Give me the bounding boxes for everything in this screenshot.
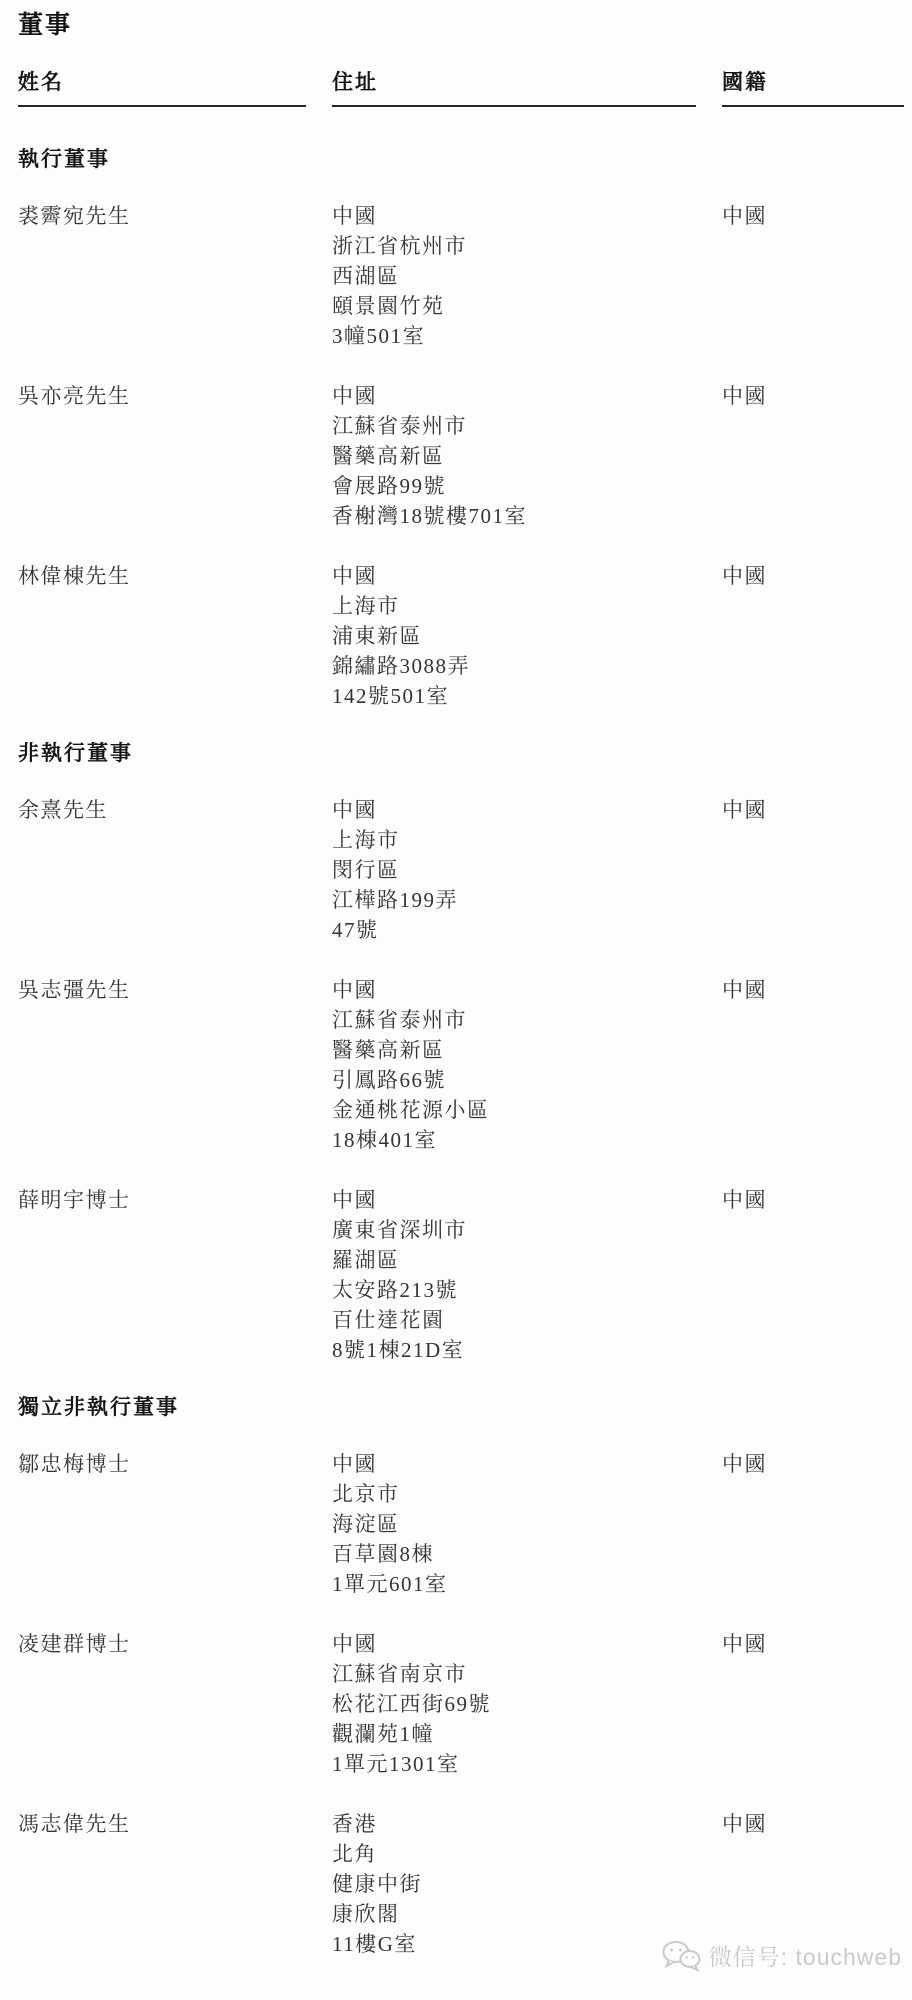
director-address: 中國 上海市 浦東新區 錦繡路3088弄 142號501室 [332, 561, 722, 711]
director-name: 裘霽宛先生 [18, 201, 332, 351]
director-name: 余熹先生 [18, 795, 332, 945]
column-header-name: 姓名 [18, 66, 306, 107]
director-address: 中國 浙江省杭州市 西湖區 頤景園竹苑 3幢501室 [332, 201, 722, 351]
director-nationality: 中國 [722, 201, 904, 351]
director-address: 中國 上海市 閔行區 江樺路199弄 47號 [332, 795, 722, 945]
section-heading: 非執行董事 [18, 741, 904, 767]
section-executive-directors: 執行董事 裘霽宛先生 中國 浙江省杭州市 西湖區 頤景園竹苑 3幢501室 中國… [18, 147, 904, 711]
section-independent-non-executive-directors: 獨立非執行董事 鄒忠梅博士 中國 北京市 海淀區 百草園8棟 1單元601室 中… [18, 1395, 904, 1959]
director-name: 凌建群博士 [18, 1629, 332, 1779]
table-row: 余熹先生 中國 上海市 閔行區 江樺路199弄 47號 中國 [18, 795, 904, 945]
document-page: 董事 姓名 住址 國籍 執行董事 裘霽宛先生 中國 浙江省杭州市 西湖區 頤景園… [0, 0, 912, 2000]
director-address: 中國 江蘇省泰州市 醫藥高新區 引鳳路66號 金通桃花源小區 18棟401室 [332, 975, 722, 1155]
director-nationality: 中國 [722, 795, 904, 945]
director-name: 吳志彊先生 [18, 975, 332, 1155]
director-nationality: 中國 [722, 561, 904, 711]
director-name: 鄒忠梅博士 [18, 1449, 332, 1599]
director-name: 吳亦亮先生 [18, 381, 332, 531]
director-address: 中國 江蘇省南京市 松花江西街69號 觀瀾苑1幢 1單元1301室 [332, 1629, 722, 1779]
section-heading: 獨立非執行董事 [18, 1395, 904, 1421]
director-address: 中國 江蘇省泰州市 醫藥高新區 會展路99號 香榭灣18號樓701室 [332, 381, 722, 531]
director-nationality: 中國 [722, 1809, 904, 1959]
page-title: 董事 [18, 10, 904, 40]
table-row: 鄒忠梅博士 中國 北京市 海淀區 百草園8棟 1單元601室 中國 [18, 1449, 904, 1599]
footer-watermark: 微信号: touchweb [661, 1939, 902, 1972]
director-nationality: 中國 [722, 1185, 904, 1365]
table-row: 林偉棟先生 中國 上海市 浦東新區 錦繡路3088弄 142號501室 中國 [18, 561, 904, 711]
table-row: 吳亦亮先生 中國 江蘇省泰州市 醫藥高新區 會展路99號 香榭灣18號樓701室… [18, 381, 904, 531]
director-nationality: 中國 [722, 1629, 904, 1779]
director-address: 香港 北角 健康中街 康欣閣 11樓G室 [332, 1809, 722, 1959]
director-nationality: 中國 [722, 1449, 904, 1599]
table-row: 馮志偉先生 香港 北角 健康中街 康欣閣 11樓G室 中國 [18, 1809, 904, 1959]
director-address: 中國 廣東省深圳市 羅湖區 太安路213號 百仕達花園 8號1棟21D室 [332, 1185, 722, 1365]
table-row: 薛明宇博士 中國 廣東省深圳市 羅湖區 太安路213號 百仕達花園 8號1棟21… [18, 1185, 904, 1365]
section-heading: 執行董事 [18, 147, 904, 173]
director-nationality: 中國 [722, 381, 904, 531]
director-nationality: 中國 [722, 975, 904, 1155]
section-non-executive-directors: 非執行董事 余熹先生 中國 上海市 閔行區 江樺路199弄 47號 中國 吳志彊… [18, 741, 904, 1365]
wechat-label: 微信号: touchweb [709, 1939, 902, 1972]
director-name: 林偉棟先生 [18, 561, 332, 711]
column-header-address: 住址 [332, 66, 696, 107]
table-row: 裘霽宛先生 中國 浙江省杭州市 西湖區 頤景園竹苑 3幢501室 中國 [18, 201, 904, 351]
director-name: 薛明宇博士 [18, 1185, 332, 1365]
column-header-nationality: 國籍 [722, 66, 904, 107]
table-row: 吳志彊先生 中國 江蘇省泰州市 醫藥高新區 引鳳路66號 金通桃花源小區 18棟… [18, 975, 904, 1155]
director-name: 馮志偉先生 [18, 1809, 332, 1959]
table-header-row: 姓名 住址 國籍 [18, 66, 904, 107]
wechat-icon [661, 1940, 701, 1972]
table-row: 凌建群博士 中國 江蘇省南京市 松花江西街69號 觀瀾苑1幢 1單元1301室 … [18, 1629, 904, 1779]
director-address: 中國 北京市 海淀區 百草園8棟 1單元601室 [332, 1449, 722, 1599]
